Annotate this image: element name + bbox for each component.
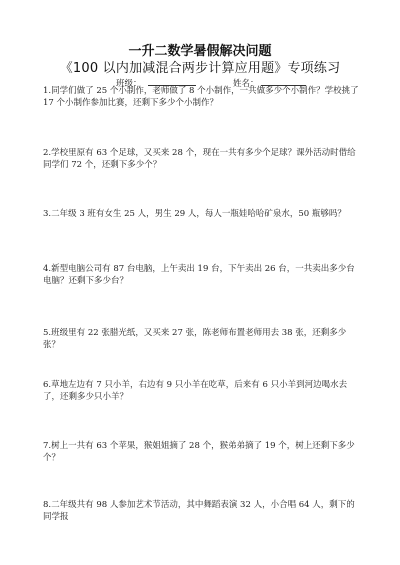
question-number: 3. xyxy=(43,209,51,219)
question-number: 1. xyxy=(43,86,51,96)
question-number: 2. xyxy=(43,148,51,158)
question-number: 4. xyxy=(43,264,51,274)
question-text: 学校里原有 63 个足球，又买来 28 个，现在一共有多少个足球？课外活动时借给… xyxy=(43,148,356,170)
class-blank-line xyxy=(148,77,196,86)
worksheet-subtitle: 《100 以内加减混合两步计算应用题》专项练习 xyxy=(0,61,400,77)
question-text: 二年级 3 班有女生 25 人，男生 29 人，每人一瓶娃哈哈矿泉水，50 瓶够… xyxy=(51,209,346,219)
question-text: 班级里有 22 张腊光纸，又买来 27 张，陈老师布置老师用去 38 张，还剩多… xyxy=(43,328,346,350)
question-number: 6. xyxy=(43,380,51,390)
question-text: 新型电脑公司有 87 台电脑，上午卖出 19 台，下午卖出 26 台，一共卖出多… xyxy=(43,264,355,286)
question-number: 7. xyxy=(43,441,51,451)
question-5: 5.班级里有 22 张腊光纸，又买来 27 张，陈老师布置老师用去 38 张，还… xyxy=(43,328,361,351)
question-2: 2.学校里原有 63 个足球，又买来 28 个，现在一共有多少个足球？课外活动时… xyxy=(43,148,361,171)
question-3: 3.二年级 3 班有女生 25 人，男生 29 人，每人一瓶娃哈哈矿泉水，50 … xyxy=(43,209,361,221)
question-text: 草地左边有 7 只小羊，右边有 9 只小羊在吃草，后来有 6 只小羊到河边喝水去… xyxy=(43,380,347,402)
question-text: 二年级共有 98 人参加艺术节活动，其中舞蹈表演 32 人，小合唱 64 人，剩… xyxy=(43,500,355,522)
question-1: 1.同学们做了 25 个小制作，老师做了 8 个小制作，一共做多少个小制作？学校… xyxy=(43,86,361,109)
worksheet-page: 一升二数学暑假解决问题 《100 以内加减混合两步计算应用题》专项练习 班级： … xyxy=(0,0,400,565)
question-7: 7.树上一共有 63 个苹果，猴姐姐摘了 28 个，猴弟弟摘了 19 个，树上还… xyxy=(43,441,361,464)
question-6: 6.草地左边有 7 只小羊，右边有 9 只小羊在吃草，后来有 6 只小羊到河边喝… xyxy=(43,380,361,403)
question-number: 8. xyxy=(43,500,51,510)
worksheet-title: 一升二数学暑假解决问题 xyxy=(0,44,400,60)
name-blank-line xyxy=(261,77,306,86)
question-number: 5. xyxy=(43,328,51,338)
question-4: 4.新型电脑公司有 87 台电脑，上午卖出 19 台，下午卖出 26 台，一共卖… xyxy=(43,264,361,287)
question-text: 树上一共有 63 个苹果，猴姐姐摘了 28 个，猴弟弟摘了 19 个，树上还剩下… xyxy=(43,441,355,463)
question-text: 同学们做了 25 个小制作，老师做了 8 个小制作，一共做多少个小制作？学校挑了… xyxy=(43,86,359,108)
question-8: 8.二年级共有 98 人参加艺术节活动，其中舞蹈表演 32 人，小合唱 64 人… xyxy=(43,500,361,523)
